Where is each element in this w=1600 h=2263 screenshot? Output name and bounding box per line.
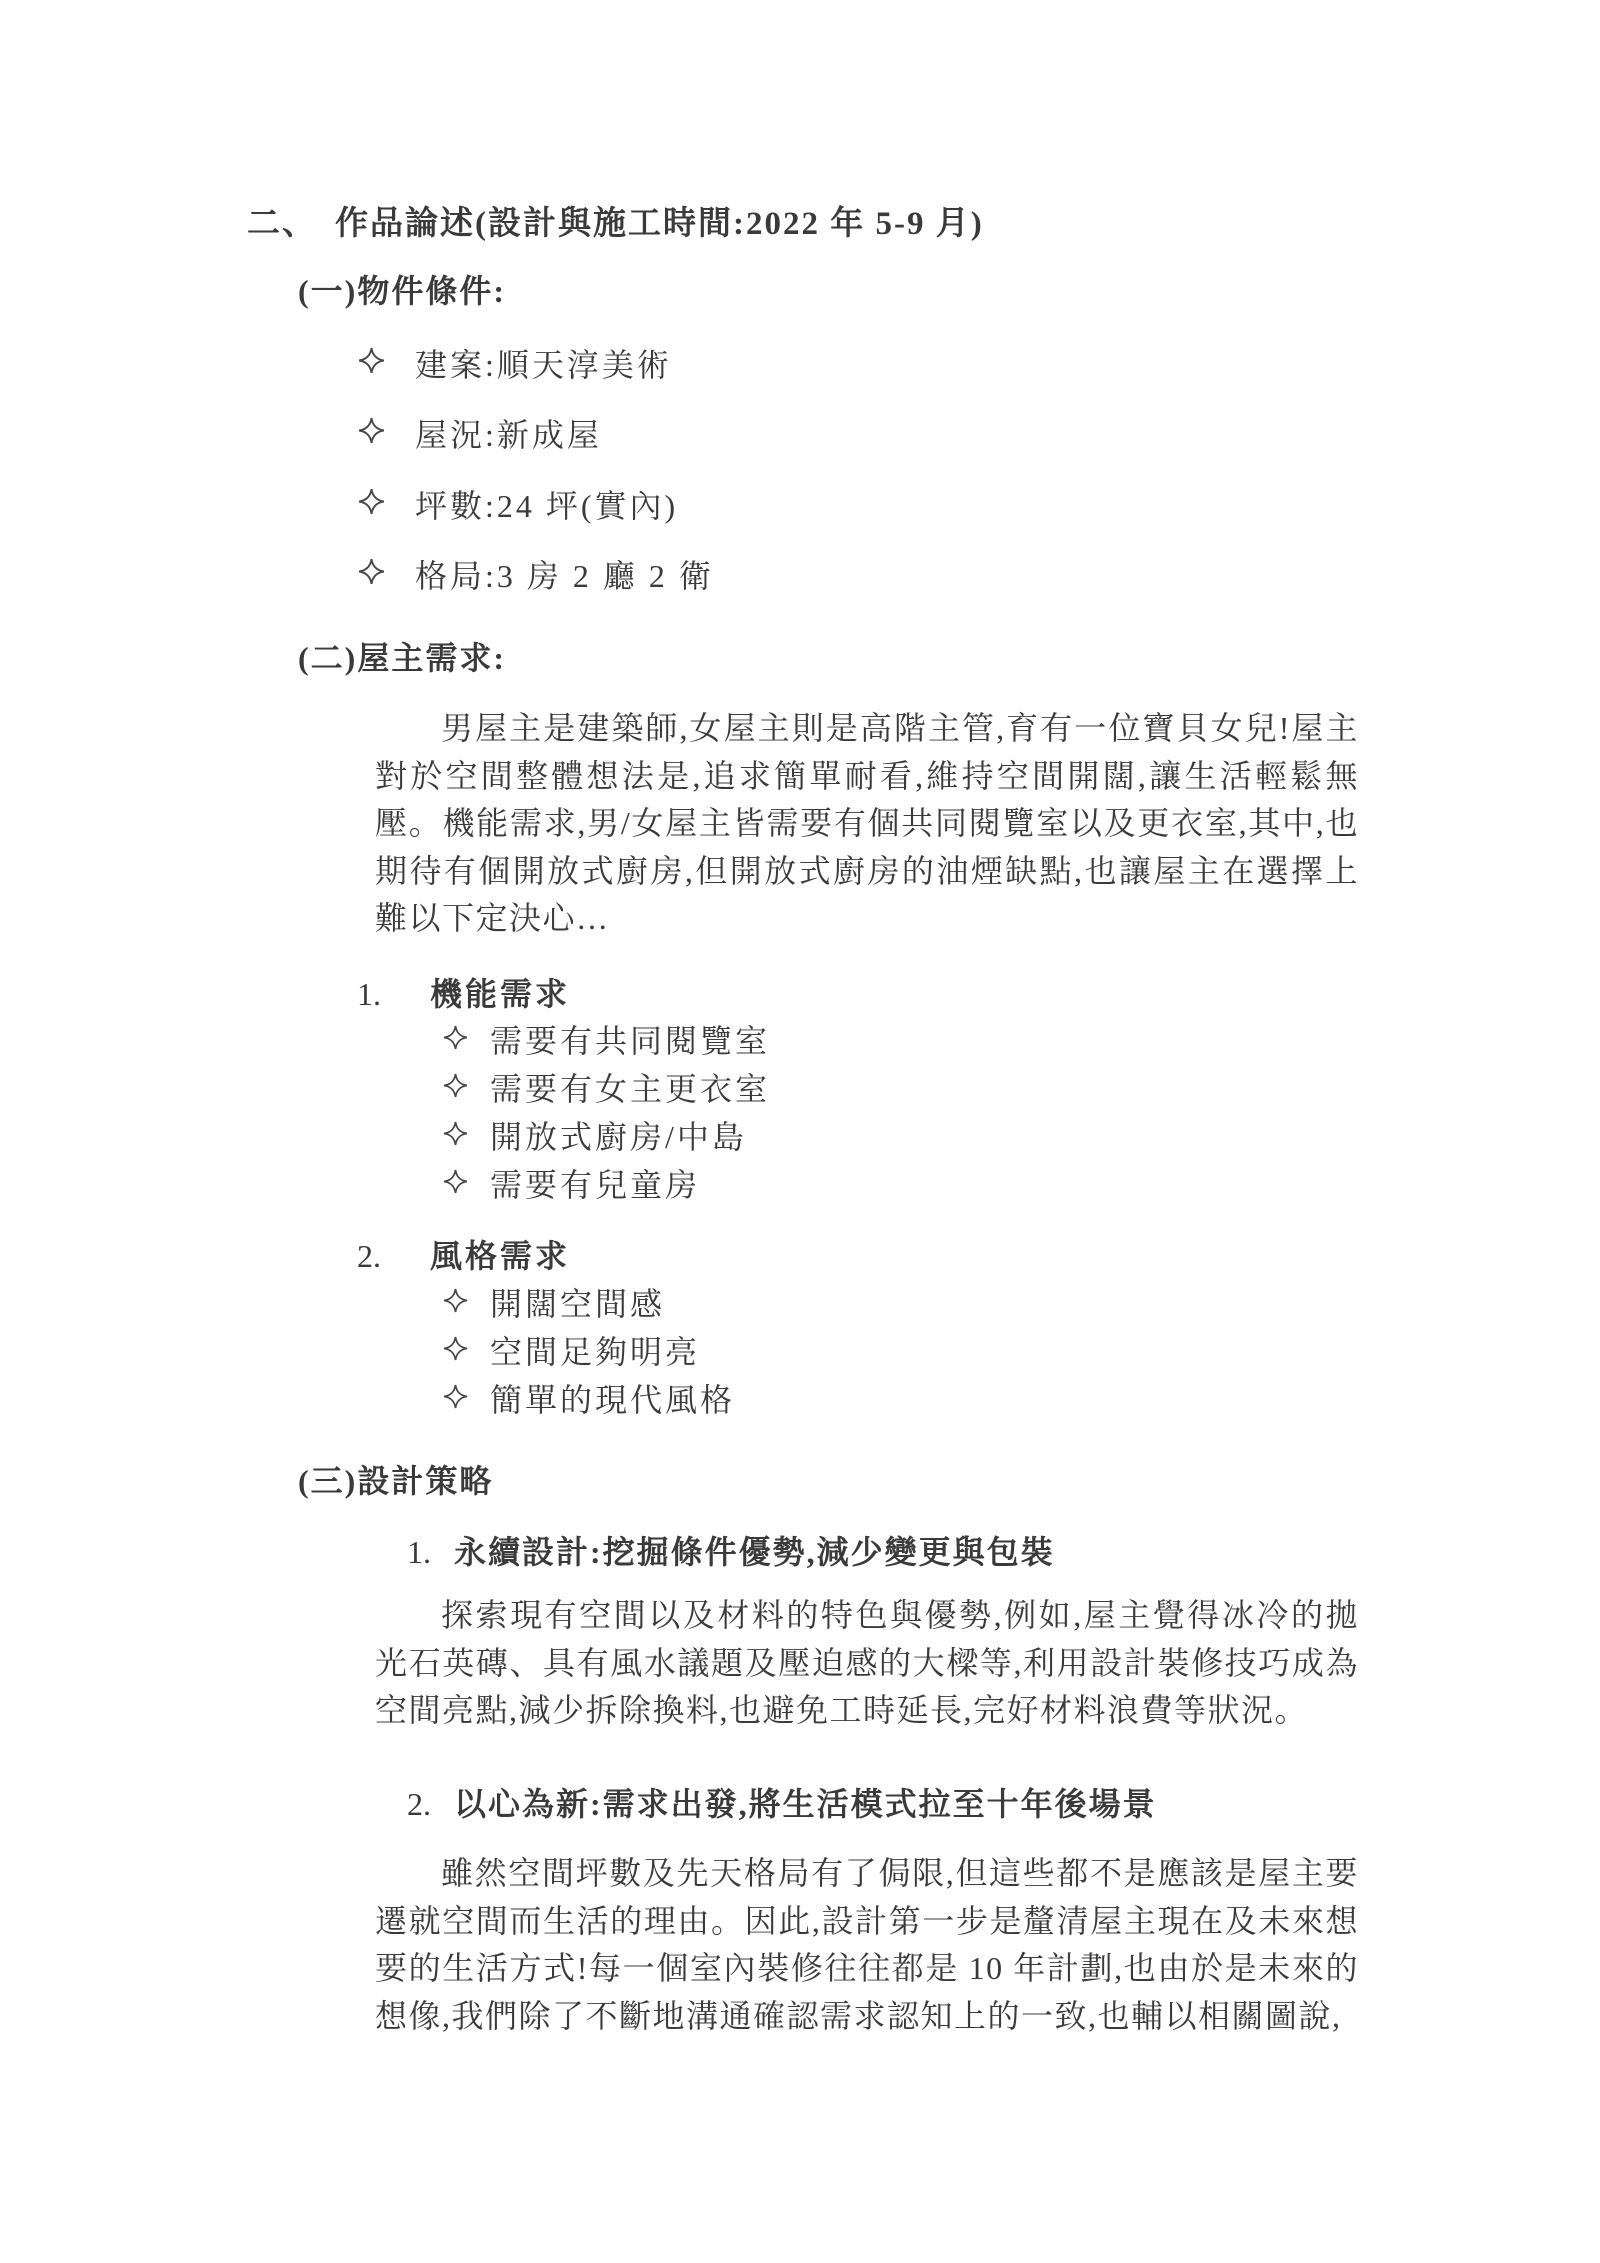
section-2-heading: (二)屋主需求: <box>298 633 506 679</box>
function-need-row: 需要有共同閱覽室 <box>0 1017 1600 1065</box>
function-need-text: 開放式廚房/中島 <box>490 1113 747 1161</box>
list-number: 2. <box>357 1232 381 1280</box>
style-need-text: 開闊空間感 <box>490 1280 665 1328</box>
property-item-row: 屋況:新成屋 <box>0 411 1600 459</box>
strategy-heading: 以心為新:需求出發,將生活模式拉至十年後場景 <box>454 1780 1157 1828</box>
property-item-row: 格局:3 房 2 廳 2 衛 <box>0 552 1600 600</box>
diamond-bullet-icon <box>358 488 385 515</box>
diamond-bullet-icon <box>443 1121 468 1146</box>
property-item-row: 建案:順天淳美術 <box>0 341 1600 389</box>
document-page: 二、作品論述(設計與施工時間:2022 年 5-9 月) (一)物件條件: 建案… <box>0 0 1600 2263</box>
section-1-heading: (一)物件條件: <box>298 266 506 312</box>
strategy-number: 2. <box>407 1780 431 1828</box>
property-item-text: 屋況:新成屋 <box>415 411 602 459</box>
diamond-bullet-icon <box>443 1073 468 1098</box>
style-need-row: 簡單的現代風格 <box>0 1376 1600 1424</box>
function-need-text: 需要有共同閱覽室 <box>490 1017 770 1065</box>
function-need-row: 開放式廚房/中島 <box>0 1113 1600 1161</box>
property-item-text: 格局:3 房 2 廳 2 衛 <box>415 552 714 600</box>
property-item-row: 坪數:24 坪(實內) <box>0 482 1600 530</box>
style-needs-heading-row: 2. 風格需求 <box>0 1232 1600 1280</box>
style-need-row: 空間足夠明亮 <box>0 1328 1600 1376</box>
function-need-text: 需要有女主更衣室 <box>490 1065 770 1113</box>
diamond-bullet-icon <box>443 1336 468 1361</box>
property-item-text: 坪數:24 坪(實內) <box>415 482 678 530</box>
diamond-bullet-icon <box>443 1384 468 1409</box>
style-need-row: 開闊空間感 <box>0 1280 1600 1328</box>
list-heading: 風格需求 <box>430 1232 570 1280</box>
style-need-text: 空間足夠明亮 <box>490 1328 700 1376</box>
strategy-heading: 永續設計:挖掘條件優勢,減少變更與包裝 <box>454 1528 1055 1576</box>
diamond-bullet-icon <box>443 1025 468 1050</box>
style-need-text: 簡單的現代風格 <box>490 1376 735 1424</box>
doc-title: 二、作品論述(設計與施工時間:2022 年 5-9 月) <box>247 197 984 244</box>
diamond-bullet-icon <box>358 347 385 374</box>
function-need-text: 需要有兒童房 <box>490 1161 700 1209</box>
list-number: 1. <box>357 970 381 1018</box>
doc-title-number: 二、 <box>247 206 317 242</box>
strategy-1-paragraph: 探索現有空間以及材料的特色與優勢,例如,屋主覺得冰冷的拋光石英磚、具有風水議題及… <box>375 1592 1359 1735</box>
property-item-text: 建案:順天淳美術 <box>415 341 672 389</box>
strategy-2-paragraph: 雖然空間坪數及先天格局有了侷限,但這些都不是應該是屋主要遷就空間而生活的理由。因… <box>375 1850 1359 2040</box>
function-needs-heading-row: 1. 機能需求 <box>0 970 1600 1018</box>
strategy-number: 1. <box>407 1528 431 1576</box>
strategy-2-heading-row: 2. 以心為新:需求出發,將生活模式拉至十年後場景 <box>0 1780 1600 1828</box>
section-3-heading: (三)設計策略 <box>298 1456 493 1502</box>
list-heading: 機能需求 <box>430 970 570 1018</box>
diamond-bullet-icon <box>358 417 385 444</box>
function-need-row: 需要有女主更衣室 <box>0 1065 1600 1113</box>
owner-needs-paragraph: 男屋主是建築師,女屋主則是高階主管,育有一位寶貝女兒!屋主對於空間整體想法是,追… <box>375 705 1359 943</box>
diamond-bullet-icon <box>443 1288 468 1313</box>
doc-title-text: 作品論述(設計與施工時間:2022 年 5-9 月) <box>335 206 984 242</box>
diamond-bullet-icon <box>358 558 385 585</box>
diamond-bullet-icon <box>443 1169 468 1194</box>
strategy-1-heading-row: 1. 永續設計:挖掘條件優勢,減少變更與包裝 <box>0 1528 1600 1576</box>
function-need-row: 需要有兒童房 <box>0 1161 1600 1209</box>
